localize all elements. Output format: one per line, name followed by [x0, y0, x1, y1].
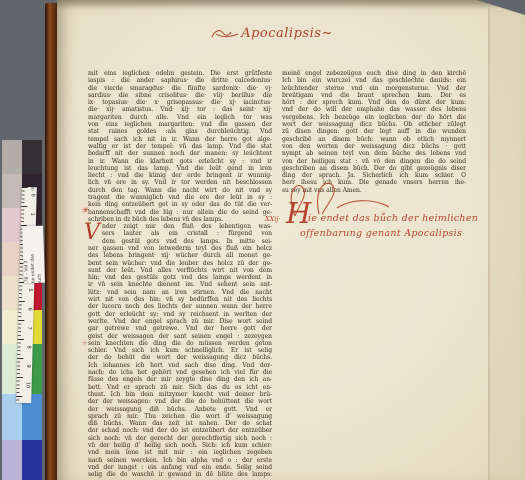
- text-line: bedarff nit der sunnen noch der manen: s…: [88, 150, 272, 157]
- text-line: durch den tag. Wann die nacht wirt do ni…: [88, 187, 272, 194]
- text-line: bent sein wücher: vnd die leuber des hol…: [88, 260, 272, 267]
- text-line: der der weissagen: vnd der die do behütt…: [88, 398, 272, 405]
- text-line: von den worten der weissagung dicz bůchs…: [282, 143, 466, 150]
- text-line: lütz: vnd sein nam an iren stirnen. Vnd …: [88, 289, 272, 296]
- text-line: sers lauter als ein cristall : fürgend v…: [88, 230, 272, 237]
- text-line: geist der weissagen der sant seinen enge…: [88, 333, 272, 340]
- text-line: der do behüt die wort der weissagung dic…: [88, 354, 272, 361]
- text-line: Ich bin ein wurczel vnd das geschlechte …: [282, 77, 466, 84]
- text-line: lich vn̄ ere in sy. Vnd ir tor werden ni…: [88, 179, 272, 186]
- text-line: hin: vnd des gestüls gotz vnd des lamps …: [88, 274, 272, 281]
- text-line: selig die do waschē ir gewand in dē blůt…: [88, 471, 272, 478]
- text-line: vergebens. Ich bezeüge ein ieglichen der…: [282, 114, 466, 121]
- text-line: stat raines goldes :als glas durchleücht…: [88, 128, 272, 135]
- fore-edge-strip: [490, 10, 525, 480]
- text-line: bett. Vnd er sprach zů mir. Sich das du …: [88, 384, 272, 391]
- ruler-number: 8: [26, 343, 32, 351]
- text-line: vnd der do will der emphahe das wasser d…: [282, 106, 466, 113]
- text-line: ner gassen vnd von ietwederm teyl des fl…: [88, 245, 272, 252]
- text-line: leüchtender sterne vnd ein morgensterne.…: [282, 85, 466, 92]
- text-line: die· xij· amatistus. Vnd· xij· tor : das…: [88, 106, 272, 113]
- color-patch: [2, 440, 22, 480]
- text-line: nder zeigt mir den fluß des lebentigen w…: [88, 223, 272, 230]
- text-line: diß bůchs. Wann das zeit ist nahen. Der …: [88, 420, 272, 427]
- explicit-rubric-line2: offenbarung genant Apocalipsis: [300, 228, 462, 239]
- ruler-number: 0: [30, 191, 36, 199]
- ruler-number: 1: [29, 210, 35, 218]
- text-line: meinē engel zebezeügen euch dise ding in…: [282, 70, 466, 77]
- text-line: sprach zů mir. Thu zeichen die wort d' w…: [88, 413, 272, 420]
- text-line: liecht : vnd die künig der erde bringent…: [88, 172, 272, 179]
- text-line: schier. Vnd sich ich kum schnelliglich. …: [88, 347, 272, 354]
- text-line: breütigam vnd die braut sprechen kum. De…: [282, 92, 466, 99]
- photo-of-manuscript: { "photo": { "background_color": "#61666…: [0, 0, 525, 480]
- ruler-number: 10: [25, 381, 31, 389]
- text-column-left-upper: mit eins ieglichen edelm gestein. Die er…: [88, 70, 272, 223]
- running-title-text: Apocalipsis: [241, 26, 321, 41]
- ruler-number: 7: [26, 324, 32, 332]
- color-patch-row: [2, 440, 42, 480]
- margin-mark-cross: +: [82, 339, 88, 347]
- text-line: waltig er ist der tempel: vn̄ das lamp. …: [88, 143, 272, 150]
- text-line: in ir. Wann die klarheit gots erleücht s…: [88, 158, 272, 165]
- text-line: kein ding entzeübert get in sy oder das …: [88, 201, 272, 208]
- text-line: von der heiligen stat : vn̄ vō den dinge…: [282, 158, 466, 165]
- text-line: sardius· die sibne crisolitus· die· viij…: [88, 92, 272, 99]
- text-line: gott der erleücht sy: vnd sy reichsent i…: [88, 311, 272, 318]
- text-line: nympt ab seinen teyl von dem bůche des l…: [282, 150, 466, 157]
- color-patch: [22, 440, 42, 480]
- text-line: von eins ieglichen margariten: vnd die g…: [88, 121, 272, 128]
- text-line: ir vn̄ sein knechte dienent im. Vnd sehe…: [88, 281, 272, 288]
- text-line: der schad noch: vnd der do ist entzeüber…: [88, 427, 272, 434]
- text-line: zů disen dingen: gott der legt auff in d…: [282, 128, 466, 135]
- text-line: vnd der iungst : ein anfang vnd ein ende…: [88, 464, 272, 471]
- ruler-unit-label: cm: [30, 185, 35, 191]
- shelfmark-label: 578 – Vol 2Hie endet dasbuch: [22, 226, 45, 284]
- title-flourish-tail: ~: [321, 26, 332, 41]
- running-title: Apocalipsis~: [172, 26, 372, 41]
- text-line: die vierde smaragdus· die fünfte sardoni…: [88, 85, 272, 92]
- title-flourish-icon: [211, 27, 239, 40]
- text-line: dem gestül gots vnd des lamps. In mitte …: [88, 238, 272, 245]
- text-line: nach seinen wercken. Ich bin alpha vnd o…: [88, 457, 272, 464]
- text-line: leuchtung ist das lamp. Vnd die leüt gen…: [88, 165, 272, 172]
- color-patch: [22, 140, 42, 174]
- margin-mark-asterisk: ✳: [81, 206, 89, 216]
- text-line: sein knechten die ding die do müssen wer…: [88, 340, 272, 347]
- shelfmark-line: buch: [36, 228, 44, 284]
- text-line: tempel sach ich nit in ir. Wann der herr…: [88, 136, 272, 143]
- text-line: werlte. Vnd der engel sprach zů mir. Dis…: [88, 318, 272, 325]
- ruler-number: 5: [27, 286, 33, 294]
- text-column-left-initial-lines: nder zeigt mir den fluß des lebentigen w…: [88, 223, 272, 245]
- text-line: nach: do ichs het gehört vnd gesehen ich…: [88, 369, 272, 376]
- text-line: wort der weissagung dicz bůchs. Ob etlic…: [282, 121, 466, 128]
- text-line: hört : der sprech kum. Vnd den do dürst …: [282, 99, 466, 106]
- page-top-edge: [57, 0, 525, 9]
- text-line: vn̄ der heilig d' heilig sich noch. Sich…: [88, 442, 272, 449]
- text-line: vnd mein lone ist mit mir : ein iegliche…: [88, 449, 272, 456]
- text-line: der lucern noch des liechts der sunnen w…: [88, 303, 272, 310]
- text-column-left-lower: ner gassen vnd von ietwederm teyl des fl…: [88, 245, 272, 479]
- text-line: margariten durch alle. Vnd ein ieglich t…: [88, 114, 272, 121]
- text-line: Ich iohannes ich hort vnd sach dise ding…: [88, 362, 272, 369]
- text-line: füsse des engels der mir zeygte dise din…: [88, 376, 272, 383]
- color-patch: [2, 208, 22, 242]
- text-line: gar getrewe vnd getrewe. Vnd der herre g…: [88, 325, 272, 332]
- text-line: tragent die wunniglich vnd die ere der l…: [88, 194, 272, 201]
- color-patch-row: [2, 140, 42, 174]
- explicit-rubric-line1: ie endet das bůch der heimlichen: [308, 213, 478, 224]
- text-line: des lebens bringent· xij· wücher durch a…: [88, 252, 272, 259]
- text-line: ix· topasius· die· x· grisopassus· die· …: [88, 99, 272, 106]
- ruler-number: 9: [25, 362, 31, 370]
- text-line: der weissagung diß bůchs. Anbete gott. V…: [88, 406, 272, 413]
- text-column-right: meinē engel zebezeügen euch dise ding in…: [282, 70, 466, 194]
- text-line: thust. Ich bin dein mitzymer knecht vnd …: [88, 391, 272, 398]
- manuscript-page: Apocalipsis~ mit eins ieglichen edelm ge…: [57, 0, 525, 480]
- text-line: bannenschafft vnd die lüg : nur allein d…: [88, 209, 272, 216]
- color-patch: [2, 140, 22, 174]
- shelfmark-label-text: 578 – Vol 2Hie endet dasbuch: [22, 226, 45, 284]
- text-line: mit eins ieglichen edelm gestein. Die er…: [88, 70, 272, 77]
- text-line: geschriben an disem bůch. Der do gibt ge…: [282, 165, 466, 172]
- text-line: sunt der leüt. Vnd alles verflůchts wirt…: [88, 267, 272, 274]
- chapter-number: XXij·: [265, 215, 280, 223]
- text-line: wirt nit von des hin: vn̄ sy bedürffen n…: [88, 296, 272, 303]
- color-patch: [2, 174, 22, 208]
- ruler-number: 6: [27, 305, 33, 313]
- text-line: iaspis : die ander saphirus· die dritte …: [88, 77, 272, 84]
- text-line: geschribē an disem bůch: wann ob etlich …: [282, 136, 466, 143]
- text-line: sich noch: vn̄ der gerecht der gerechtfe…: [88, 435, 272, 442]
